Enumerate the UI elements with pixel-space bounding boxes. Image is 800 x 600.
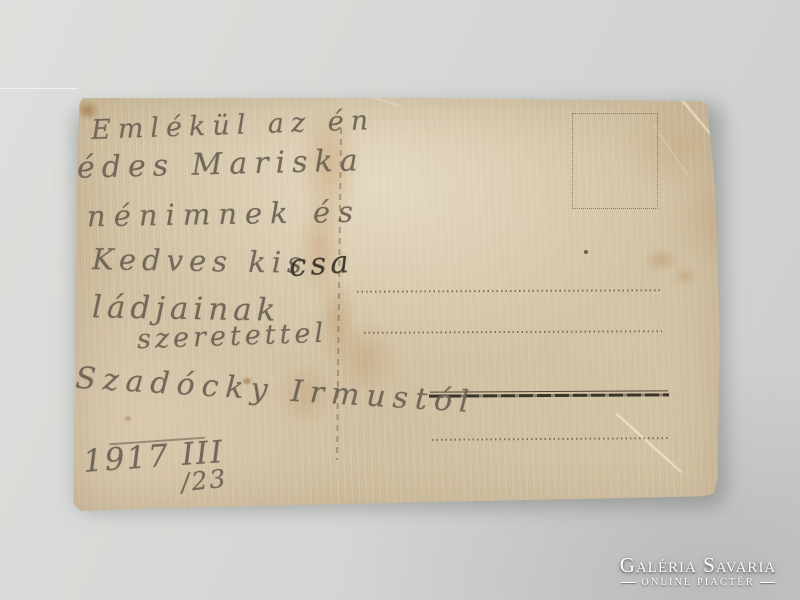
stain-speck	[125, 416, 131, 421]
handwriting-date-day: /23	[180, 466, 229, 496]
address-dotted-line-2	[364, 330, 662, 333]
handwriting-signature: Szadócky Irmustól	[74, 364, 476, 418]
crease-top-center	[354, 91, 400, 107]
address-dotted-line-3	[432, 437, 669, 440]
handwriting-line: csa	[288, 247, 354, 282]
postcard: Emlékül az én édes Mariska nénimnek és K…	[65, 90, 725, 520]
watermark-subtitle-row: Online Piactér	[598, 577, 798, 588]
address-dotted-line-1	[357, 289, 660, 292]
stain-speck	[584, 250, 588, 254]
crease-top-right-2	[653, 126, 688, 176]
handwriting-line: édes Mariska	[77, 146, 365, 184]
photo-background: Emlékül az én édes Mariska nénimnek és K…	[0, 0, 800, 600]
watermark-dash-right	[760, 582, 775, 583]
watermark-title: Galéria Savaria	[598, 554, 798, 577]
background-seam-line	[0, 88, 78, 89]
handwriting-line: nénimnek és	[87, 198, 361, 232]
handwriting-line: Kedves kis	[92, 245, 308, 278]
handwriting-line: szeretettel	[137, 320, 328, 354]
crease-bottom-right	[616, 413, 682, 473]
handwriting-line: Emlékül az én	[91, 107, 376, 144]
watermark-dash-left	[621, 582, 636, 583]
stamp-box	[572, 113, 658, 209]
watermark-subtitle: Online Piactér	[641, 577, 754, 588]
watermark-logo: Galéria Savaria Online Piactér	[598, 554, 798, 588]
